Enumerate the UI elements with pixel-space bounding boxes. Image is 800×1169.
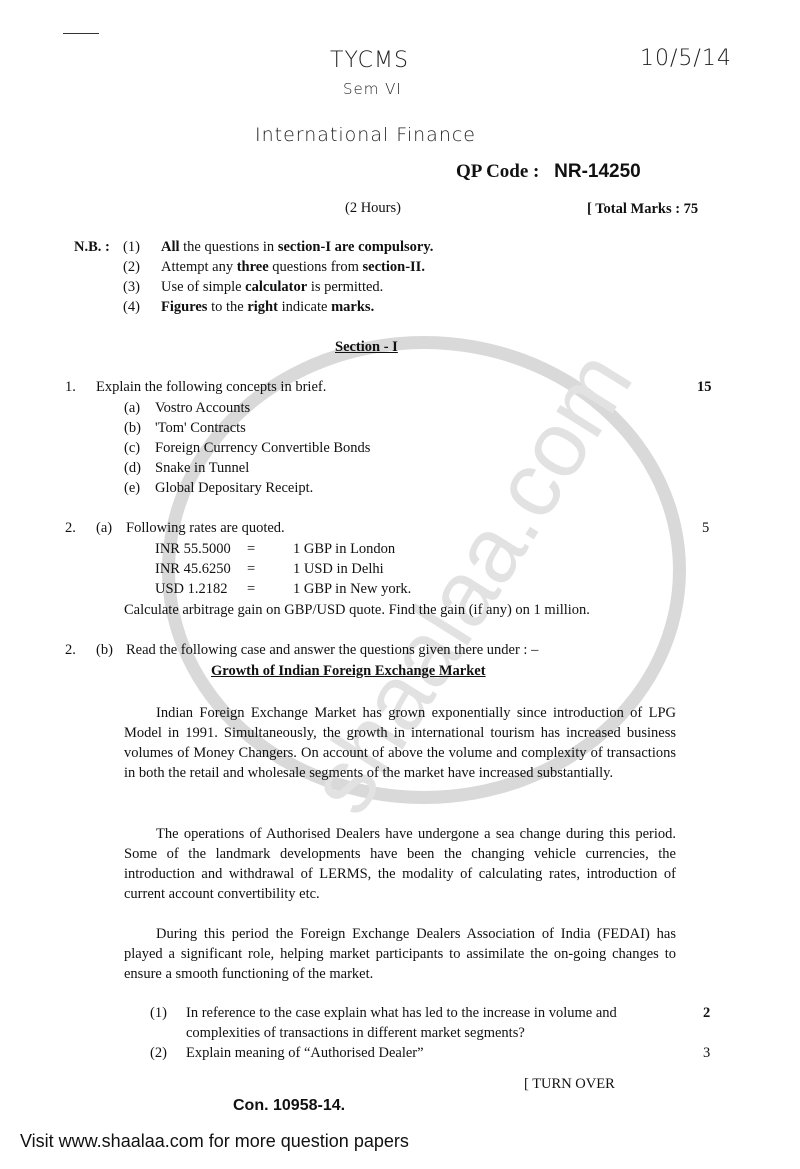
qp-code: QP Code : NR-14250	[456, 161, 641, 183]
handwritten-course: TYCMS	[330, 48, 409, 73]
subq-num-2: (2)	[150, 1045, 167, 1062]
q1-item-text: Snake in Tunnel	[155, 460, 249, 477]
q1-text: Explain the following concepts in brief.	[96, 379, 326, 396]
q2a-number: 2.	[65, 520, 76, 537]
top-rule	[63, 33, 99, 34]
q1-item-label: (e)	[124, 480, 140, 497]
turn-over: [ TURN OVER	[524, 1076, 615, 1093]
rate-eq: =	[247, 561, 255, 578]
q2a-label: (a)	[96, 520, 112, 537]
notes-label: N.B. :	[74, 239, 110, 256]
handwritten-semester: Sem VI	[343, 80, 402, 98]
qp-code-label: QP Code :	[456, 161, 539, 182]
q1-number: 1.	[65, 379, 76, 396]
handwritten-date: 10/5/14	[640, 46, 732, 71]
subq-text-1-cont: complexities of transactions in differen…	[186, 1025, 525, 1042]
total-marks: [ Total Marks : 75	[587, 201, 698, 218]
exam-duration: (2 Hours)	[345, 200, 401, 217]
q1-item-text: 'Tom' Contracts	[155, 420, 246, 437]
case-paragraph-1: Indian Foreign Exchange Market has grown…	[124, 703, 676, 783]
note-num-2: (2)	[123, 259, 140, 276]
q2b-text: Read the following case and answer the q…	[126, 642, 538, 659]
q1-item-label: (d)	[124, 460, 141, 477]
q1-item-text: Global Depositary Receipt.	[155, 480, 313, 497]
rate-right: 1 USD in Delhi	[293, 561, 384, 578]
subq-num-1: (1)	[150, 1005, 167, 1022]
case-paragraph-3: During this period the Foreign Exchange …	[124, 924, 676, 984]
section-title: Section - I	[335, 339, 398, 356]
subq-marks-2: 3	[703, 1045, 710, 1062]
q1-item-label: (b)	[124, 420, 141, 437]
note-num-4: (4)	[123, 299, 140, 316]
rate-right: 1 GBP in London	[293, 541, 395, 558]
con-code: Con. 10958-14.	[233, 1097, 345, 1115]
rate-right: 1 GBP in New york.	[293, 581, 411, 598]
q1-item-label: (a)	[124, 400, 140, 417]
q1-item-label: (c)	[124, 440, 140, 457]
q2a-text: Following rates are quoted.	[126, 520, 285, 537]
rate-eq: =	[247, 581, 255, 598]
rate-left: INR 45.6250	[155, 561, 231, 578]
footer-link[interactable]: Visit www.shaalaa.com for more question …	[20, 1131, 409, 1152]
q2b-label: (b)	[96, 642, 113, 659]
note-num-1: (1)	[123, 239, 140, 256]
q1-marks: 15	[697, 379, 712, 396]
rate-left: INR 55.5000	[155, 541, 231, 558]
note-text-2: Attempt any three questions from section…	[161, 259, 425, 276]
note-text-3: Use of simple calculator is permitted.	[161, 279, 383, 296]
qp-code-value: NR-14250	[554, 161, 641, 182]
rate-left: USD 1.2182	[155, 581, 228, 598]
question-paper-page: TYCMS Sem VI International Finance 10/5/…	[0, 0, 800, 1169]
q1-item-text: Vostro Accounts	[155, 400, 250, 417]
note-num-3: (3)	[123, 279, 140, 296]
q1-item-text: Foreign Currency Convertible Bonds	[155, 440, 370, 457]
case-paragraph-2: The operations of Authorised Dealers hav…	[124, 824, 676, 904]
rate-eq: =	[247, 541, 255, 558]
q2a-task: Calculate arbitrage gain on GBP/USD quot…	[124, 602, 590, 619]
case-title: Growth of Indian Foreign Exchange Market	[211, 663, 486, 680]
note-text-4: Figures to the right indicate marks.	[161, 299, 374, 316]
subq-text-2: Explain meaning of “Authorised Dealer”	[186, 1045, 424, 1062]
subq-marks-1: 2	[703, 1005, 710, 1022]
note-text-1: All the questions in section-I are compu…	[161, 239, 433, 256]
subq-text-1: In reference to the case explain what ha…	[186, 1005, 617, 1022]
handwritten-subject: International Finance	[255, 124, 476, 146]
q2a-marks: 5	[702, 520, 709, 537]
q2b-number: 2.	[65, 642, 76, 659]
